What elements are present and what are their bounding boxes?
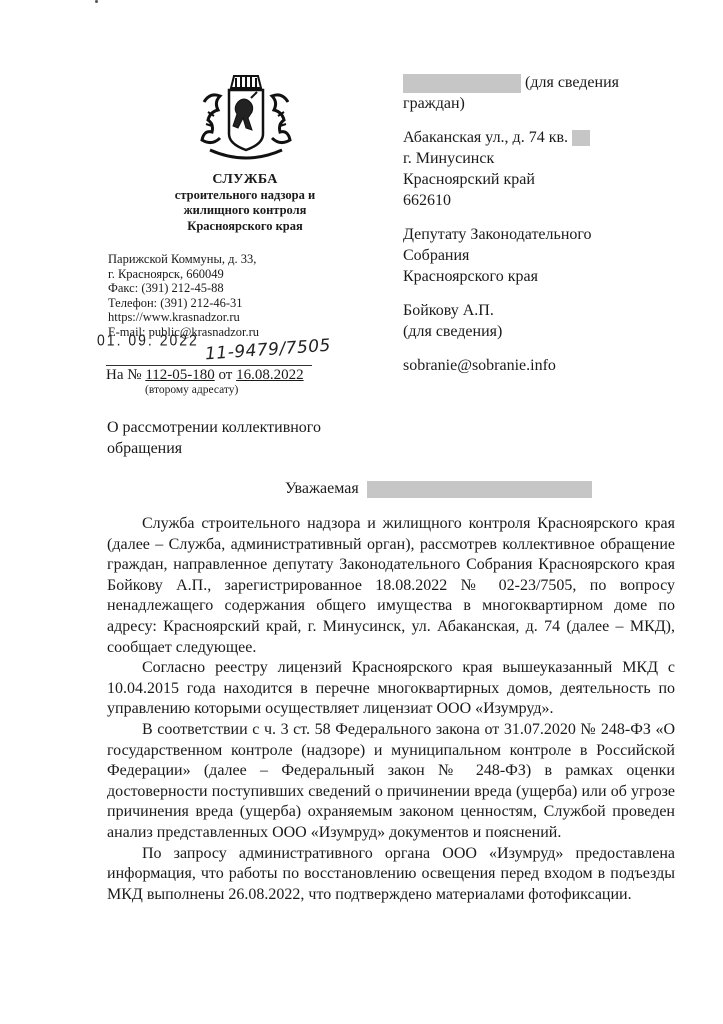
ref-from: от [219,367,233,383]
recipient-1-name-line: (для сведения [403,72,673,93]
org-address: Парижской Коммуны, д. 33, [108,252,259,267]
salutation-text: Уважаемая [285,480,359,497]
coat-of-arms-icon [196,72,296,167]
org-line: жилищного контроля [110,203,380,219]
reference-line: На № 112-05-180 от 16.08.2022 [106,365,312,384]
recipient-2-title: Красноярского края [403,266,673,287]
salutation: Уважаемая [285,480,592,498]
org-contacts: Парижской Коммуны, д. 33, г. Красноярск,… [108,252,259,339]
body-paragraph: Согласно реестру лицензий Красноярского … [107,658,675,720]
recipient-1-city: г. Минусинск [403,148,673,169]
handwritten-reg-number: 11-9479/7505 [204,336,331,365]
subject-line: обращения [107,438,321,459]
org-line: Красноярского края [110,219,380,235]
recipient-2-title: Собрания [403,245,673,266]
body-paragraph: Служба строительного надзора и жилищного… [107,514,675,658]
body-paragraph: По запросу административного органа ООО … [107,844,675,906]
recipient-1-note-cont: граждан) [403,93,673,114]
recipient-2-email: sobranie@sobranie.info [403,355,673,376]
org-fax: Факс: (391) 212-45-88 [108,281,259,296]
recipient-2-note: (для сведения) [403,321,673,342]
body-paragraph: В соответствии с ч. 3 ст. 58 Федеральног… [107,720,675,844]
ref-number: 112-05-180 [145,367,214,383]
recipient-2-name: Бойкову А.П. [403,300,673,321]
recipient-1-postcode: 662610 [403,190,673,211]
org-title: СЛУЖБА [110,172,380,188]
redacted-name [403,74,521,93]
ref-date: 16.08.2022 [236,367,304,383]
org-line: строительного надзора и [110,188,380,204]
letter-body: Служба строительного надзора и жилищного… [107,514,675,905]
org-website: https://www.krasnadzor.ru [108,310,259,325]
ref-note: (второму адресату) [145,384,238,396]
recipient-block: (для сведения граждан) Абаканская ул., д… [403,72,673,376]
street-text: Абаканская ул., д. 74 кв. [403,129,568,146]
org-phone: Телефон: (391) 212-46-31 [108,296,259,311]
date-stamp: 01. 09. 2022 [97,331,199,349]
recipient-2-title: Депутату Законодательного [403,224,673,245]
redacted-addressee [367,481,592,498]
subject: О рассмотрении коллективного обращения [107,417,321,459]
redacted-apartment [572,130,590,146]
ref-prefix: На № [106,367,142,383]
recipient-1-street: Абаканская ул., д. 74 кв. [403,127,673,148]
recipient-1-region: Красноярский край [403,169,673,190]
subject-line: О рассмотрении коллективного [107,417,321,438]
scan-speck [95,0,98,3]
recipient-1-note: (для сведения [525,74,619,91]
organization-header: СЛУЖБА строительного надзора и жилищного… [110,172,380,234]
org-city: г. Красноярск, 660049 [108,267,259,282]
